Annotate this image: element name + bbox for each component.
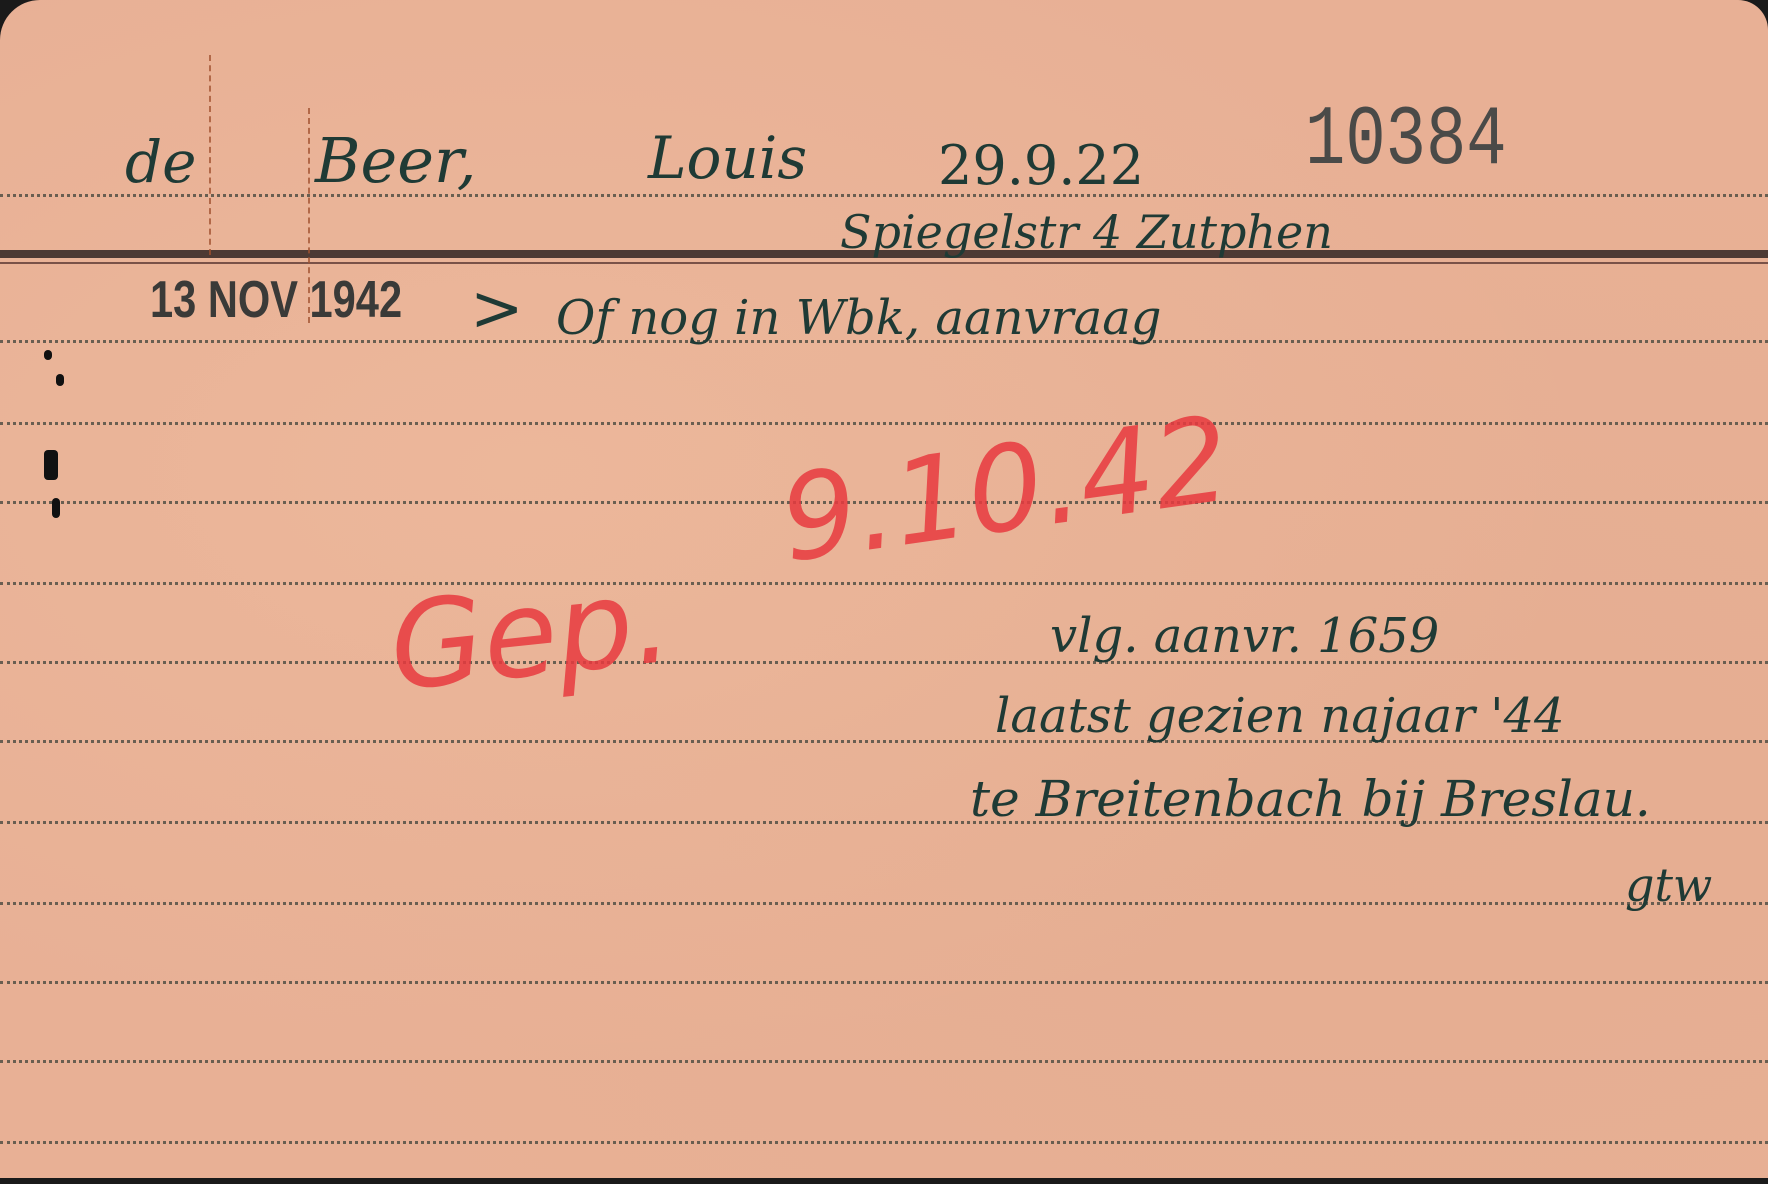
punch-mark bbox=[44, 350, 52, 360]
record-number: 10384 bbox=[1305, 94, 1507, 189]
ruled-line bbox=[0, 194, 1768, 197]
index-card: de Beer, Louis 29.9.22 10384 Spiegelstr … bbox=[0, 0, 1768, 1178]
punch-mark bbox=[44, 450, 58, 480]
ruled-line bbox=[0, 661, 1768, 664]
punch-mark bbox=[56, 374, 64, 386]
ruled-line bbox=[0, 981, 1768, 984]
header-rule-thin bbox=[0, 262, 1768, 264]
entry-text: Of nog in Wbk, aanvraag bbox=[556, 290, 1162, 346]
birth-date: 29.9.22 bbox=[938, 134, 1144, 197]
ruled-line bbox=[0, 422, 1768, 425]
address: Spiegelstr 4 Zutphen bbox=[840, 205, 1333, 259]
surname-prefix: de bbox=[125, 128, 196, 196]
note-line-2: laatst gezien najaar '44 bbox=[995, 688, 1565, 744]
ruled-line bbox=[0, 582, 1768, 585]
ruled-line bbox=[0, 902, 1768, 905]
punch-mark bbox=[52, 498, 60, 518]
note-initials: gtw bbox=[1625, 858, 1712, 912]
entry-date-stamp: 13 NOV 1942 bbox=[150, 270, 402, 330]
surname: Beer, bbox=[315, 124, 476, 197]
entry-marker: > bbox=[470, 272, 524, 346]
given-name: Louis bbox=[648, 124, 807, 192]
ruled-line bbox=[0, 1141, 1768, 1144]
note-line-3: te Breitenbach bij Breslau. bbox=[970, 770, 1651, 828]
margin-line bbox=[209, 55, 211, 255]
red-initial-annotation: Gep. bbox=[384, 551, 678, 719]
ruled-line bbox=[0, 1060, 1768, 1063]
red-date-annotation: 9.10.42 bbox=[773, 389, 1238, 588]
note-line-1: vlg. aanvr. 1659 bbox=[1050, 608, 1439, 664]
